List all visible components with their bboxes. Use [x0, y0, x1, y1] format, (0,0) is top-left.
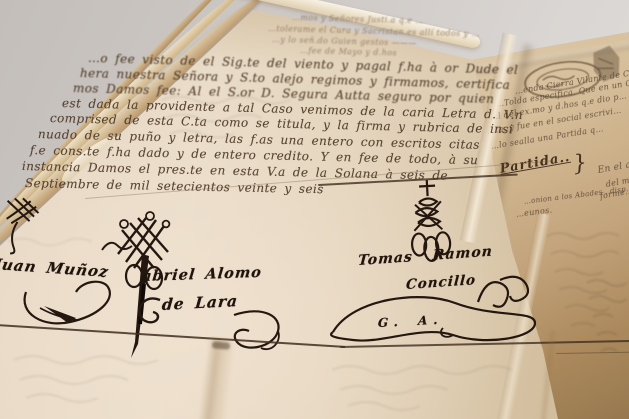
partida-bracket: } [571, 152, 588, 176]
crease-mark [212, 341, 231, 350]
ghost-text [6, 232, 96, 256]
ghost-text [330, 360, 530, 410]
ghost-text [160, 90, 310, 140]
ghost-text [12, 348, 202, 406]
ghost-text [585, 275, 629, 355]
flourish-de-lara-lead-icon [132, 292, 164, 326]
photograph-of-manuscripts: …enda Cierra Vilante de C… …Tolda especi… [0, 0, 629, 419]
signature-initials: G. A. [378, 314, 444, 329]
